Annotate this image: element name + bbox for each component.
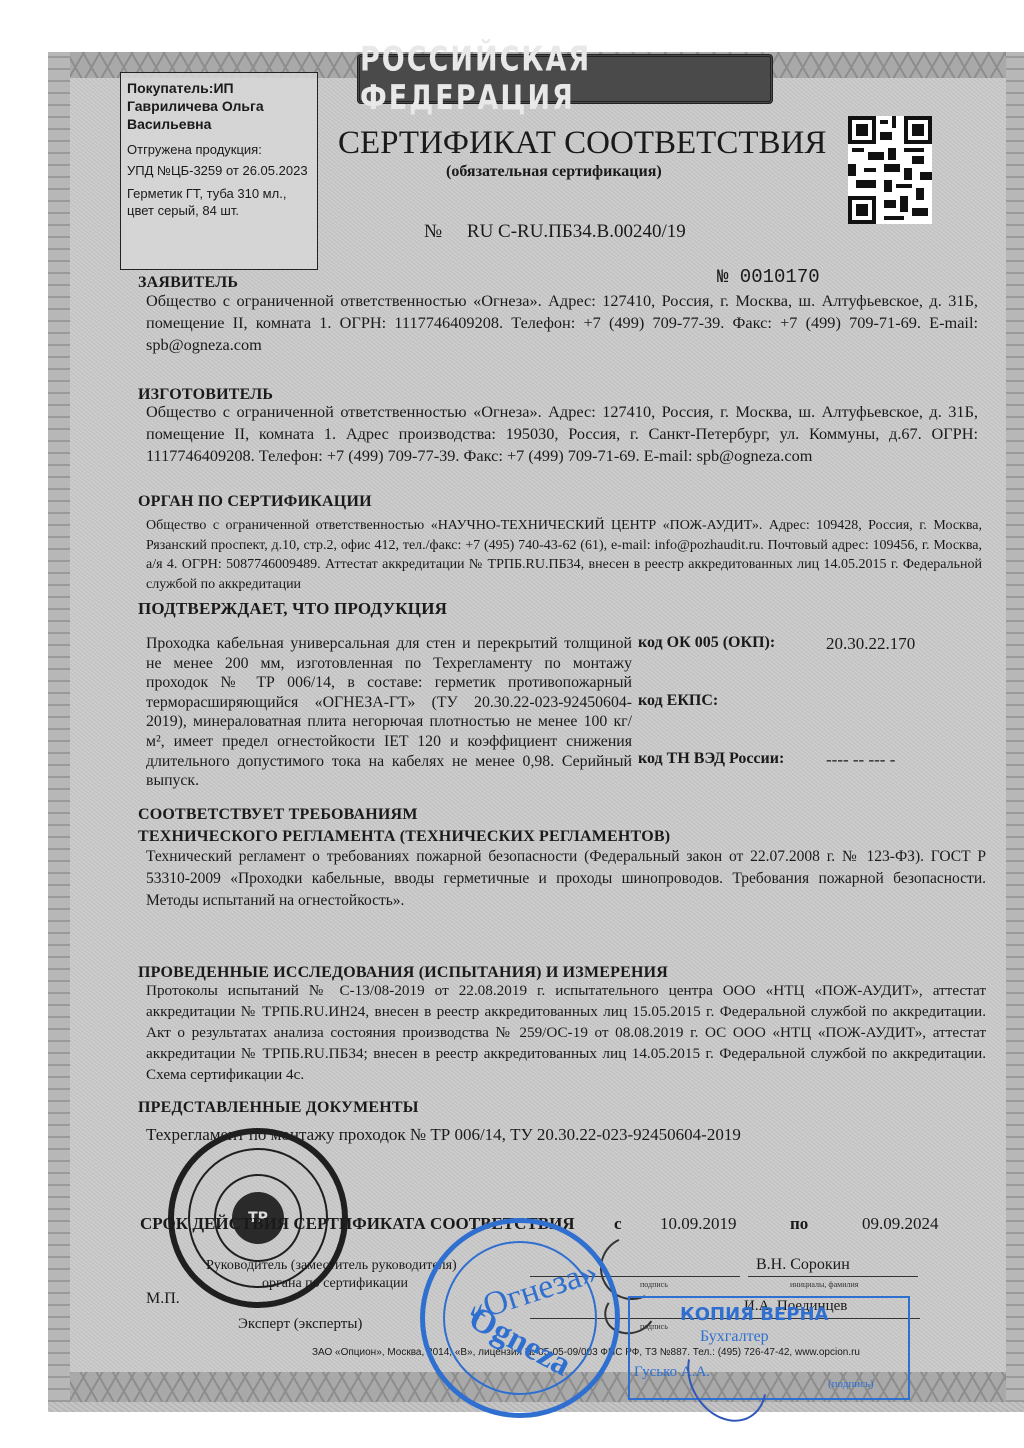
seal-place-label: М.П. — [146, 1290, 180, 1308]
validity-from-word: с — [614, 1214, 622, 1234]
right-ornament-border — [1006, 52, 1024, 1402]
validity-to-date: 09.09.2024 — [862, 1214, 939, 1234]
copy-stamp-sign-caption: (подпись) — [828, 1378, 874, 1390]
code-okp-value: 20.30.22.170 — [826, 634, 915, 654]
copy-stamp-label: КОПИЯ ВЕРНА — [680, 1304, 828, 1325]
requirements-heading-2: ТЕХНИЧЕСКОГО РЕГЛАМЕНТА (ТЕХНИЧЕСКИХ РЕГ… — [138, 828, 670, 846]
manufacturer-text: Общество с ограниченной ответственностью… — [146, 401, 978, 467]
buyer-line-1: Покупатель:ИП — [127, 79, 311, 97]
certificate-number-value: RU C-RU.ПБ34.В.00240/19 — [467, 221, 686, 242]
product-description: Проходка кабельная универсальная для сте… — [146, 634, 632, 791]
validity-from-date: 10.09.2019 — [660, 1214, 737, 1234]
applicant-text: Общество с ограниченной ответственностью… — [146, 290, 978, 356]
head-label-2: органа по сертификации — [262, 1276, 408, 1292]
cert-body-text: Общество с ограниченной ответственностью… — [146, 516, 982, 594]
validity-to-word: по — [790, 1214, 808, 1234]
code-okp-row: код ОК 005 (ОКП): 20.30.22.170 — [638, 634, 775, 652]
number-sign: № — [424, 221, 442, 242]
head-label-1: Руководитель (заместитель руководителя) — [206, 1258, 457, 1274]
shipped-label: Отгружена продукция: — [127, 141, 311, 158]
head-name: В.Н. Сорокин — [756, 1256, 850, 1274]
code-ekps-row: код ЕКПС: — [638, 692, 718, 710]
head-name-line — [748, 1276, 918, 1277]
upd-reference: УПД №ЦБ-3259 от 26.05.2023 — [127, 162, 311, 179]
country-banner-text: РОССИЙСКАЯ ФЕДЕРАЦИЯ — [360, 40, 770, 118]
buyer-info-box: Покупатель:ИП Гавриличева Ольга Васильев… — [120, 72, 318, 270]
certificate-number: № RU C-RU.ПБ34.В.00240/19 — [424, 221, 686, 243]
head-name-caption: инициалы, фамилия — [790, 1280, 858, 1289]
code-okp-label: код ОК 005 (ОКП): — [638, 634, 775, 651]
buyer-line-3: Васильевна — [127, 115, 311, 133]
cert-body-heading: ОРГАН ПО СЕРТИФИКАЦИИ — [138, 493, 372, 511]
code-ekps-label: код ЕКПС: — [638, 692, 718, 709]
requirements-text: Технический регламент о требованиях пожа… — [146, 846, 986, 912]
code-tnved-value: ---- -- --- - — [826, 750, 895, 770]
certificate-title: СЕРТИФИКАТ СООТВЕТСТВИЯ — [338, 125, 826, 162]
certificate-subtitle: (обязательная сертификация) — [446, 163, 662, 181]
country-banner: РОССИЙСКАЯ ФЕДЕРАЦИЯ — [357, 54, 773, 104]
code-tnved-label: код ТН ВЭД России: — [638, 750, 784, 767]
form-serial-number: № 0010170 — [717, 266, 820, 288]
certified-copy-stamp: КОПИЯ ВЕРНА Бухгалтер Гусько А.А. (подпи… — [628, 1296, 910, 1400]
code-tnved-row: код ТН ВЭД России: ---- -- --- - — [638, 750, 784, 768]
tests-text: Протоколы испытаний № С-13/08-2019 от 22… — [146, 980, 986, 1085]
buyer-line-2: Гавриличева Ольга — [127, 97, 311, 115]
company-stamp: «Огнеза» Ogneza — [420, 1218, 620, 1418]
qr-code-icon[interactable] — [848, 116, 932, 224]
left-ornament-border — [48, 52, 70, 1402]
expert-label: Эксперт (эксперты) — [238, 1316, 362, 1333]
shipped-product: Герметик ГТ, туба 310 мл., цвет серый, 8… — [127, 185, 311, 219]
product-heading: ПОДТВЕРЖДАЕТ, ЧТО ПРОДУКЦИЯ — [138, 599, 447, 619]
documents-heading: ПРЕДСТАВЛЕННЫЕ ДОКУМЕНТЫ — [138, 1099, 419, 1117]
requirements-heading-1: СООТВЕТСТВУЕТ ТРЕБОВАНИЯМ — [138, 806, 418, 824]
